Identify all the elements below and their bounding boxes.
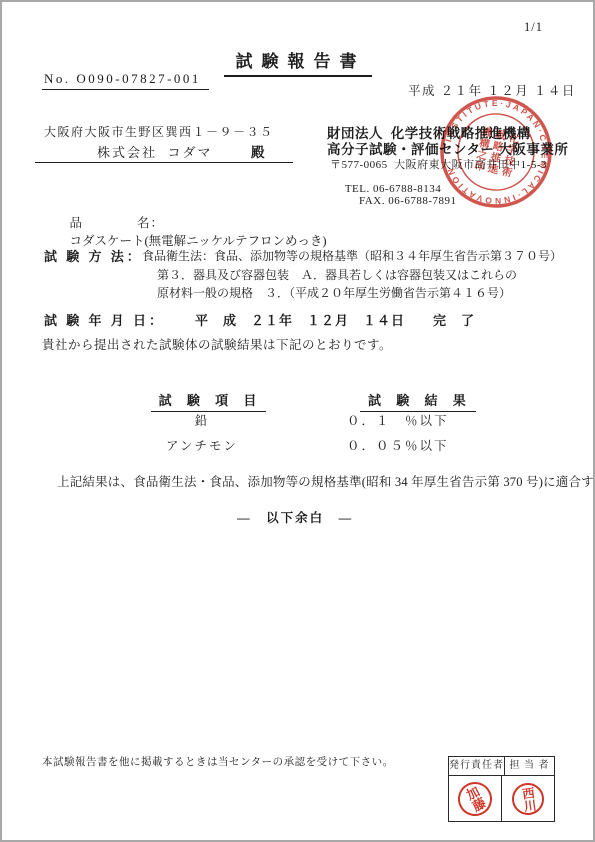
- test-date-value: 平 成 ２１年 １２月 １４日 完 了: [195, 310, 475, 329]
- person-in-charge-header: 担 当 者: [505, 757, 554, 775]
- seal-center-text: 化学技術 戦略推進 機構之印: [458, 114, 534, 190]
- test-method-label: 試 験 方 法：: [44, 246, 143, 265]
- recipient-honorific: 殿: [251, 141, 265, 161]
- product-name-label: 品 名：: [70, 216, 165, 230]
- table-row-item: アンチモン: [132, 436, 272, 454]
- person-in-charge-cell: 西川: [502, 776, 554, 821]
- document-title: 試験報告書: [224, 47, 372, 77]
- test-method-line: 原材料一般の規格 ３．（平成２０年厚生労働省告示第４１６号）: [157, 284, 511, 301]
- table-row-item: 鉛: [132, 411, 272, 429]
- end-of-report-note: ― 以下余白 ―: [237, 508, 353, 526]
- round-organization-seal-icon: INSTITUTE·JAPAN·CHEMICAL·INNOVATION 化学技術…: [427, 83, 565, 221]
- recipient-company: 株式会社 コダマ: [97, 142, 213, 161]
- conformance-statement: 上記結果は、食品衛生法・食品、添加物等の規格基準(昭和 34 年厚生省告示第 3…: [57, 472, 595, 490]
- approval-stamps: 加藤 西川: [449, 776, 554, 821]
- report-number: No. O090-07827-001: [42, 71, 209, 90]
- results-intro-text: 貴社から提出された試験体の試験結果は下記のとおりです。: [42, 335, 392, 353]
- test-method-line: 第３．器具及び容器包装 Ａ．器具若しくは容器包装又はこれらの: [157, 266, 517, 283]
- recipient-line: 株式会社 コダマ 殿: [35, 138, 293, 163]
- approval-headers: 発行責任者 担 当 者: [449, 757, 554, 776]
- test-method-line: 食品衛生法：食品、添加物等の規格基準（昭和３４年厚生省告示第３７０号）: [142, 247, 562, 264]
- staff-hanko-stamp-icon: 西川: [510, 780, 546, 816]
- issuing-manager-header: 発行責任者: [449, 757, 505, 775]
- approval-stamp-box: 発行責任者 担 当 者 加藤 西川: [448, 756, 555, 822]
- table-row-result: ０．０５％以下: [347, 436, 449, 454]
- test-report-page: 1/1 試験報告書 No. O090-07827-001 平成 ２１年 １２月 …: [0, 0, 595, 842]
- test-date-label: 試 験 年 月 日：: [44, 310, 165, 329]
- page-number: 1/1: [524, 20, 543, 35]
- footer-disclaimer: 本試験報告書を他に掲載するときは当センターの承認を受けて下さい。: [42, 754, 394, 769]
- table-row-result: ０．１ ％以下: [347, 411, 449, 429]
- issuing-manager-cell: 加藤: [449, 776, 502, 821]
- issuer-hanko-stamp-icon: 加藤: [452, 776, 498, 822]
